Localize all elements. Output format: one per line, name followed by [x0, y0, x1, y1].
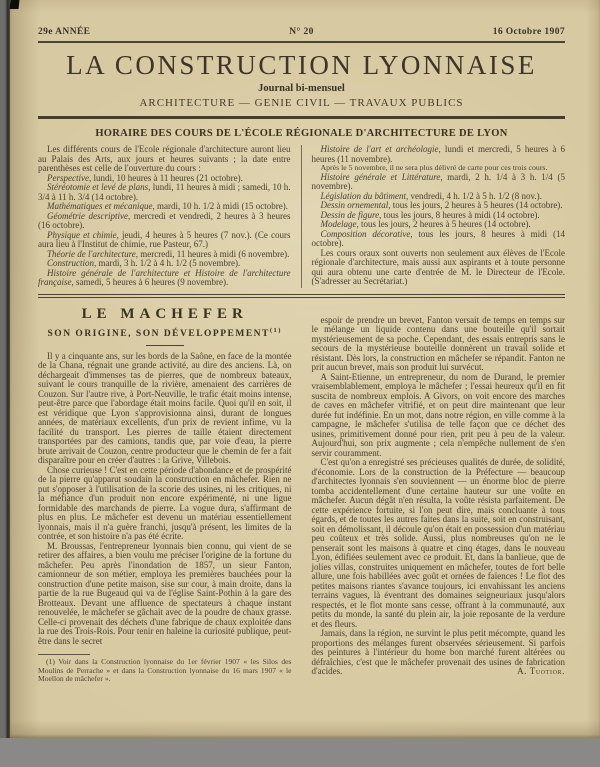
course-name: Stéréotomie et levé de plans [47, 182, 148, 192]
page-content: 29e ANNÉE N° 20 16 Octobre 1907 LA CONST… [38, 0, 565, 683]
course-details: , mardi, 10 h. 1/2 à midi (15 octobre). [152, 201, 287, 211]
masthead-subtitle: Journal bi-mensuel [38, 83, 565, 94]
course-details: , mercredi, 11 heures à midi (6 novembre… [136, 249, 290, 259]
course-name: Mathématiques et mécanique [47, 201, 152, 211]
article-paragraph: C'est qu'on a enregistré ses précieuses … [312, 458, 566, 629]
scanned-page: 29e ANNÉE N° 20 16 Octobre 1907 LA CONST… [0, 0, 600, 767]
course-name: Géométrie descriptive [47, 211, 128, 221]
article-right-column: espoir de prendre un brevet, Fanton vers… [302, 306, 566, 684]
book-spine [0, 0, 10, 738]
subtitle-separator [146, 345, 184, 346]
course-name: Dessin de figure [321, 210, 380, 220]
course-details: , lundi, 10 heures à 11 heures (21 octob… [89, 173, 243, 183]
newspaper-page: 29e ANNÉE N° 20 16 Octobre 1907 LA CONST… [10, 0, 600, 738]
article-paragraph: espoir de prendre un brevet, Fanton vers… [312, 316, 566, 373]
masthead-tagline: ARCHITECTURE — GENIE CIVIL — TRAVAUX PUB… [38, 97, 565, 109]
course-item: Histoire de l'art et archéologie, lundi … [312, 145, 566, 164]
course-details: , mardi, 3 h. 1/2 à 4 h. 1/2 (5 novembre… [94, 258, 240, 268]
course-details: , tous les jours, 2 heures à 5 heures (1… [388, 200, 562, 210]
footnote-ref: (1) [270, 327, 282, 334]
masthead-meta: 29e ANNÉE N° 20 16 Octobre 1907 [38, 0, 565, 37]
course-item: Histoire générale et Littérature, mardi,… [312, 173, 566, 192]
masthead-rule [38, 116, 565, 119]
course-name: Composition décorative [321, 229, 411, 239]
article-signature: A. Tuotior. [502, 667, 565, 677]
course-name: Législation du bâtiment [321, 191, 407, 201]
article-title: LE MACHEFER [38, 306, 292, 323]
course-details: , samedi, 5 heures à 6 heures (9 novembr… [72, 277, 229, 287]
footnote-rule [38, 654, 90, 655]
schedule-intro: Les différents cours de l'Ecole régional… [38, 145, 291, 174]
course-item: Physique et chimie, jeudi, 4 heures à 5 … [38, 231, 291, 250]
article-paragraph: Chose curieuse ! C'est en cette période … [38, 466, 292, 542]
bookmark-tab [10, 0, 20, 9]
article-paragraph: Il y a cinquante ans, sur les bords de l… [38, 352, 292, 466]
course-details: , tous les jours, 8 heures à midi (14 oc… [379, 210, 539, 220]
article-paragraph: M. Broussas, l'entrepreneur lyonnais bie… [38, 542, 292, 647]
article-columns: LE MACHEFER SON ORIGINE, SON DÉVELOPPEME… [38, 306, 565, 684]
schedule-left-column: Les différents cours de l'Ecole régional… [38, 145, 302, 288]
schedule-heading: HORAIRE DES COURS DE L'ÉCOLE RÉGIONALE D… [38, 128, 565, 139]
course-name: Théorie de l'architecture [47, 249, 136, 259]
course-name: Perspective [47, 173, 89, 183]
article-paragraph: Jamais, dans la région, ne survint le pl… [312, 629, 566, 677]
article-subtitle-text: SON ORIGINE, SON DÉVELOPPEMENT [48, 329, 270, 339]
issue-date: 16 Octobre 1907 [389, 27, 565, 37]
course-details: , vendredi, 4 h. 1/2 à 5 h. 1/2 (8 nov.)… [406, 191, 542, 201]
course-name: Dessin ornemental [321, 200, 389, 210]
header-rule [38, 41, 565, 43]
issue-year: 29e ANNÉE [38, 27, 214, 37]
course-name: Histoire générale et Littérature [321, 172, 441, 182]
schedule-columns: Les différents cours de l'Ecole régional… [38, 145, 565, 288]
course-name: Modelage [321, 219, 357, 229]
course-item: Stéréotomie et levé de plans, lundi, 11 … [38, 183, 291, 202]
course-item: Composition décorative, tous les jours, … [312, 230, 566, 249]
article-subtitle: SON ORIGINE, SON DÉVELOPPEMENT(1) [38, 327, 292, 339]
course-details: , tous les jours, 2 heures à 5 heures (1… [357, 219, 531, 229]
course-item: Histoire générale de l'architecture et H… [38, 269, 291, 288]
article-paragraph: A Saint-Etienne, un entrepreneur, du nom… [312, 373, 566, 459]
course-name: Histoire de l'art et archéologie [321, 144, 439, 154]
course-item: Géométrie descriptive, mercredi et vendr… [38, 212, 291, 231]
schedule-closing: Les cours oraux sont ouverts non seuleme… [312, 249, 566, 287]
article-footnote: (1) Voir dans la Construction lyonnaise … [38, 658, 292, 683]
issue-number: N° 20 [214, 27, 390, 37]
article-left-column: LE MACHEFER SON ORIGINE, SON DÉVELOPPEME… [38, 306, 302, 684]
course-name: Construction [47, 258, 94, 268]
section-divider-rule [38, 294, 565, 298]
masthead-title: LA CONSTRUCTION LYONNAISE [38, 50, 565, 81]
schedule-right-column: Histoire de l'art et archéologie, lundi … [302, 145, 566, 288]
course-name: Physique et chimie [47, 230, 117, 240]
